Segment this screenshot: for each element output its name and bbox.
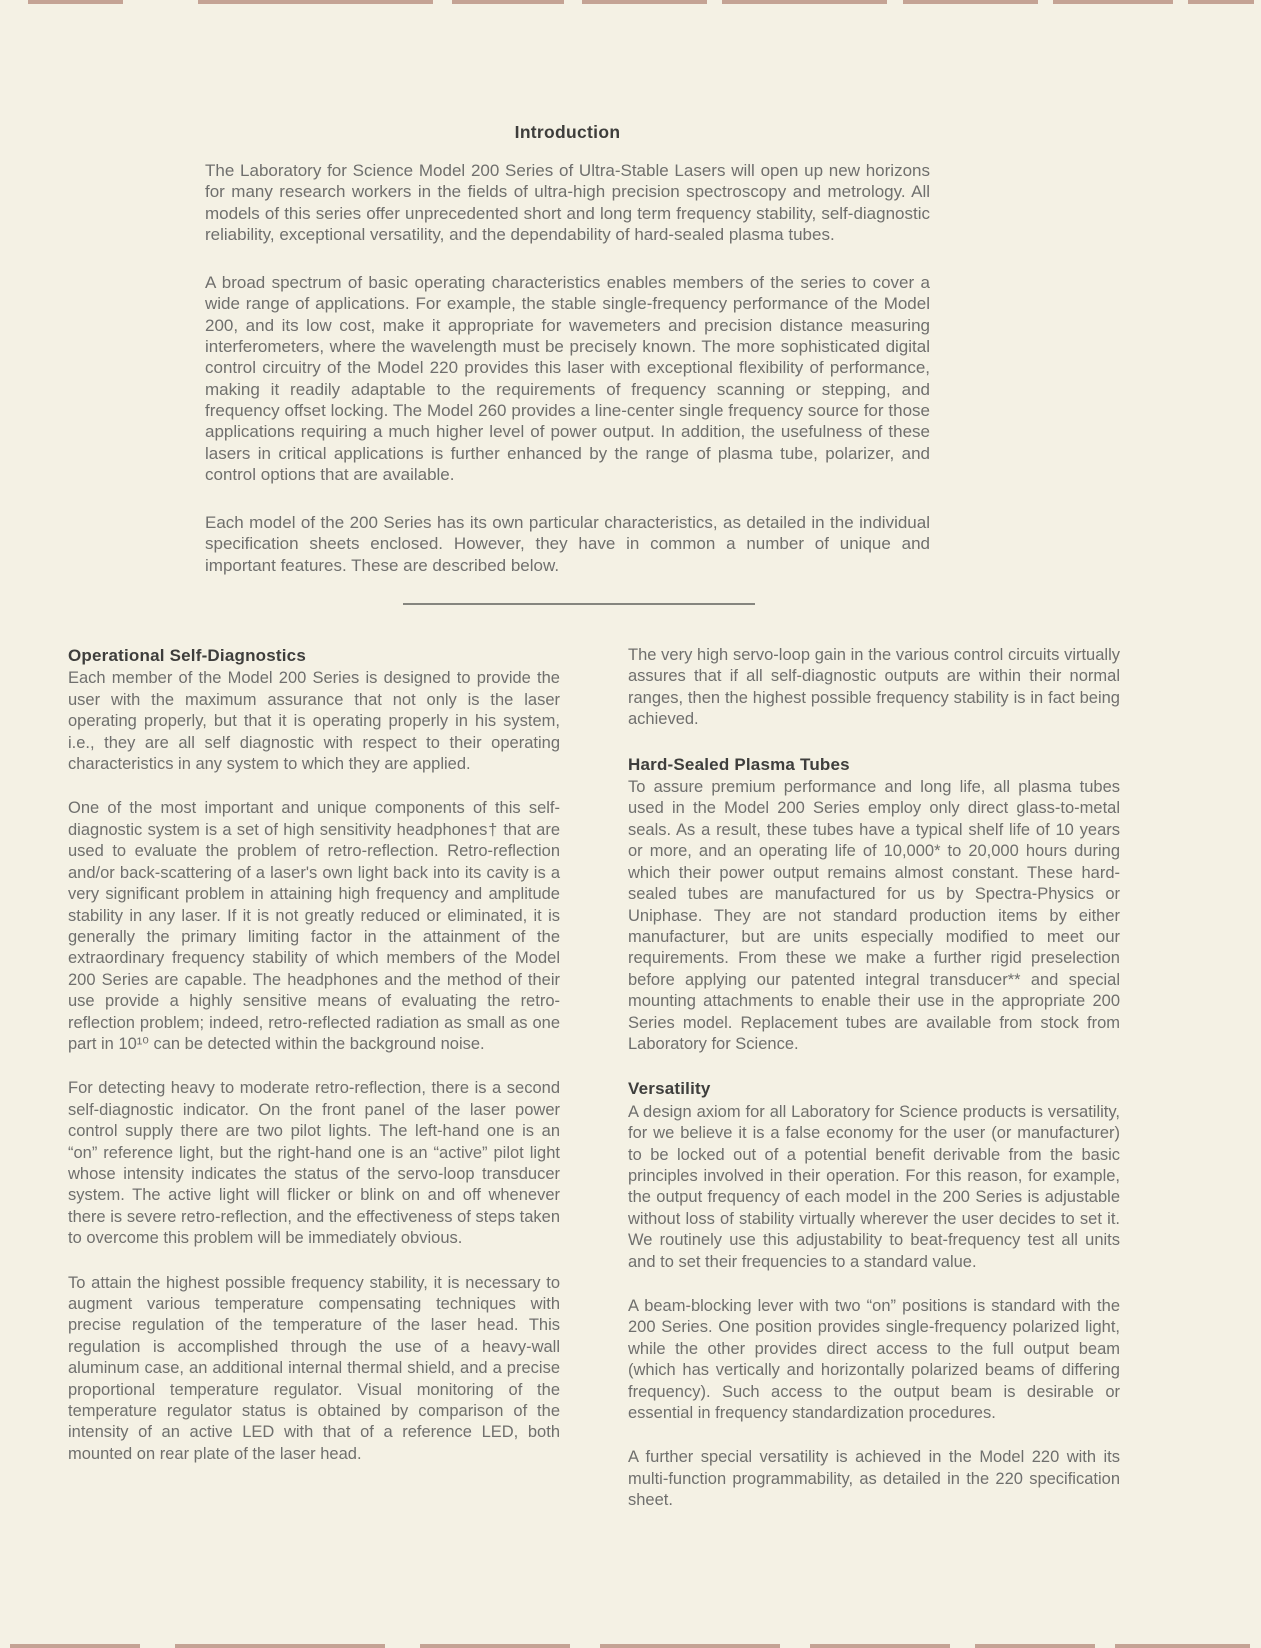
edge-mark-dash: [420, 1644, 570, 1648]
body-paragraph: A further special versatility is achieve…: [628, 1447, 1120, 1511]
edge-mark-dash: [903, 0, 1038, 4]
body-paragraph: Each member of the Model 200 Series is d…: [68, 668, 560, 775]
body-paragraph: A design axiom for all Laboratory for Sc…: [628, 1102, 1120, 1273]
edge-mark-dash: [1053, 0, 1173, 4]
edge-mark-dash: [600, 1644, 780, 1648]
edge-mark-dash: [10, 1644, 140, 1648]
intro-title: Introduction: [205, 122, 930, 143]
edge-mark-dash: [198, 0, 433, 4]
edge-mark-dash: [722, 0, 887, 4]
left-column: Operational Self-Diagnostics Each member…: [68, 645, 560, 1512]
heading-hard-sealed-plasma-tubes: Hard-Sealed Plasma Tubes: [628, 754, 1120, 775]
body-paragraph: The very high servo-loop gain in the var…: [628, 645, 1120, 731]
body-paragraph: To attain the highest possible frequency…: [68, 1273, 560, 1466]
edge-mark-dash: [28, 0, 123, 4]
bottom-edge-marks: [0, 1644, 1261, 1648]
heading-operational-self-diagnostics: Operational Self-Diagnostics: [68, 645, 560, 666]
edge-mark-dash: [1115, 1644, 1250, 1648]
edge-mark-dash: [1188, 0, 1254, 4]
section-divider: [403, 603, 755, 605]
intro-paragraph: Each model of the 200 Series has its own…: [205, 512, 930, 576]
right-column: The very high servo-loop gain in the var…: [628, 645, 1120, 1512]
body-paragraph: For detecting heavy to moderate retro-re…: [68, 1078, 560, 1249]
top-edge-marks: [0, 0, 1261, 4]
edge-mark-dash: [810, 1644, 950, 1648]
body-paragraph: One of the most important and unique com…: [68, 798, 560, 1055]
edge-mark-dash: [975, 1644, 1095, 1648]
body-paragraph: A beam-blocking lever with two “on” posi…: [628, 1296, 1120, 1424]
intro-paragraph: The Laboratory for Science Model 200 Ser…: [205, 160, 930, 245]
two-column-body: Operational Self-Diagnostics Each member…: [68, 645, 1261, 1512]
body-paragraph: To assure premium performance and long l…: [628, 777, 1120, 1055]
document-page: Introduction The Laboratory for Science …: [0, 0, 1261, 1648]
edge-mark-dash: [452, 0, 564, 4]
edge-mark-dash: [582, 0, 707, 4]
heading-versatility: Versatility: [628, 1078, 1120, 1099]
intro-section: The Laboratory for Science Model 200 Ser…: [205, 160, 930, 576]
edge-mark-dash: [175, 1644, 385, 1648]
intro-paragraph: A broad spectrum of basic operating char…: [205, 272, 930, 485]
